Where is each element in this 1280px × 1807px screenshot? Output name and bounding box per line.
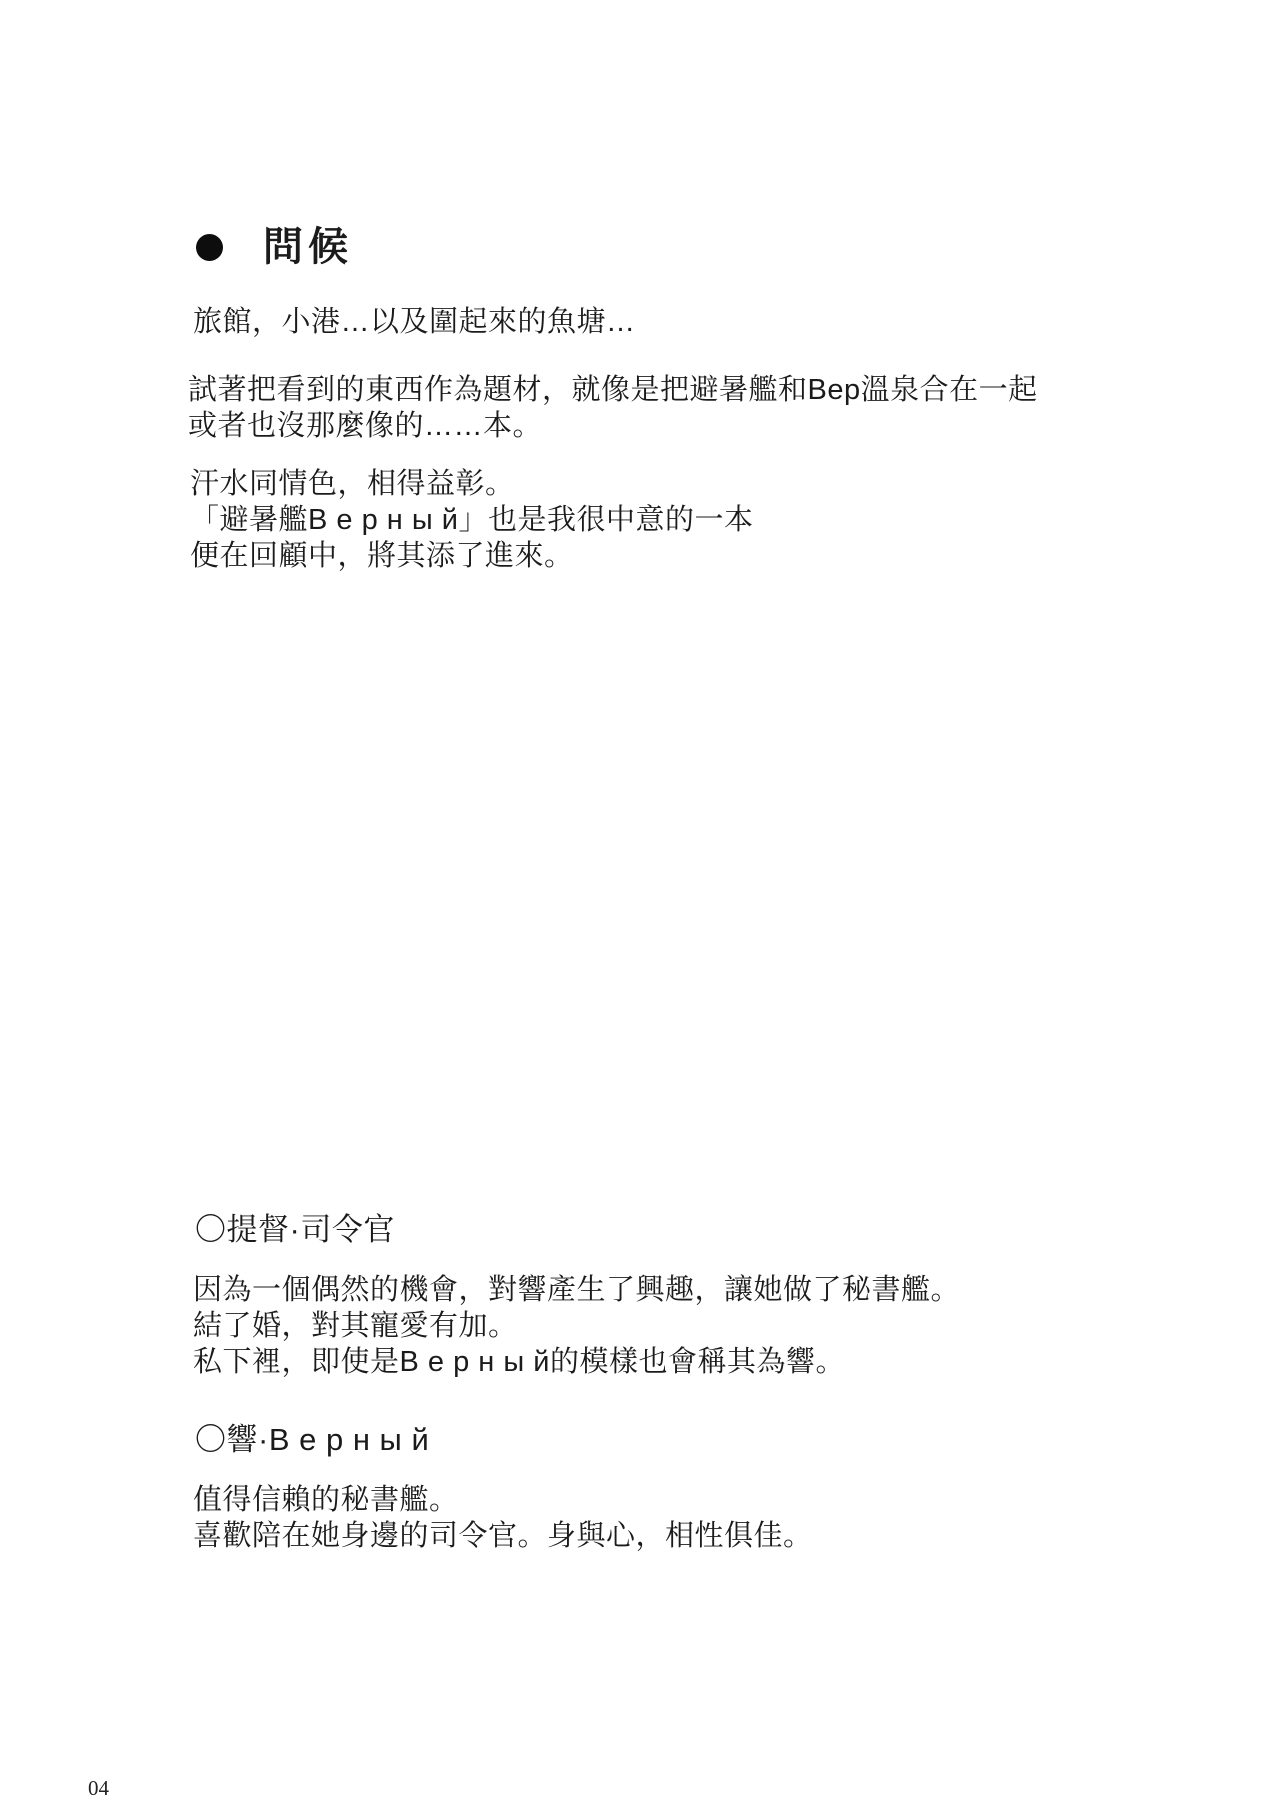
heading-admiral: 〇提督·司令官 — [195, 1212, 395, 1248]
text-line: 或者也沒那麼像的……本。 — [188, 408, 1038, 444]
text-line: 私下裡，即使是В е р н ы й的模樣也會稱其為響。 — [193, 1344, 960, 1380]
text-line: 便在回顧中，將其添了進來。 — [190, 538, 753, 574]
text-line: 「避暑艦В е р н ы й」也是我很中意的一本 — [190, 502, 753, 538]
paragraph-recollection: 汗水同情色，相得益彰。 「避暑艦В е р н ы й」也是我很中意的一本 便在… — [190, 466, 753, 574]
text-line: 汗水同情色，相得益彰。 — [190, 466, 753, 502]
text-line: 因為一個偶然的機會，對響產生了興趣，讓她做了秘書艦。 — [193, 1272, 960, 1308]
paragraph-concept: 試著把看到的東西作為題材，就像是把避暑艦和Bep溫泉合在一起 或者也沒那麼像的…… — [188, 372, 1038, 444]
paragraph-admiral: 因為一個偶然的機會，對響產生了興趣，讓她做了秘書艦。 結了婚，對其寵愛有加。 私… — [193, 1272, 960, 1380]
text-line: 喜歡陪在她身邊的司令官。身與心，相性俱佳。 — [193, 1518, 813, 1554]
scan-page: 問候 旅館，小港…以及圍起來的魚塘… 試著把看到的東西作為題材，就像是把避暑艦和… — [0, 0, 1280, 1807]
text-line: 旅館，小港…以及圍起來的魚塘… — [193, 304, 636, 340]
text-line: 試著把看到的東西作為題材，就像是把避暑艦和Bep溫泉合在一起 — [188, 372, 1038, 408]
heading-hibiki: 〇響·В е р н ы й — [195, 1422, 429, 1458]
paragraph-intro: 旅館，小港…以及圍起來的魚塘… — [193, 304, 636, 340]
page-title: 問候 — [263, 224, 353, 270]
page-number: 04 — [88, 1776, 109, 1800]
section-title-row: 問候 — [196, 224, 353, 270]
paragraph-hibiki: 值得信賴的秘書艦。 喜歡陪在她身邊的司令官。身與心，相性俱佳。 — [193, 1482, 813, 1554]
black-circle-bullet-icon — [196, 234, 223, 261]
text-line: 值得信賴的秘書艦。 — [193, 1482, 813, 1518]
text-line: 結了婚，對其寵愛有加。 — [193, 1308, 960, 1344]
